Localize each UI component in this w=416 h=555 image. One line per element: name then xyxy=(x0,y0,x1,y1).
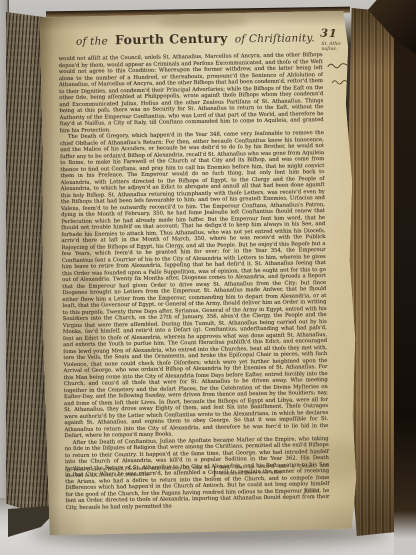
page-content: of the Fourth Century of Chriſtianity. 3… xyxy=(38,11,360,536)
book-cover-edge xyxy=(394,0,416,555)
catchword: Exil'd xyxy=(305,488,320,494)
body-paragraph: would not aſſiſt at the Council, unleſs … xyxy=(59,52,324,134)
margin-note: St. Atha- naſius. xyxy=(321,42,351,53)
ink-flourish-icon xyxy=(331,71,349,90)
margin-note-line: naſius. xyxy=(321,47,351,53)
book-photograph: { "page": { "header": { "lead": "of the"… xyxy=(0,0,416,555)
header-title: Fourth Century xyxy=(113,30,230,47)
book-page: of the Fourth Century of Chriſtianity. 3… xyxy=(38,11,360,536)
running-header: of the Fourth Century of Chriſtianity. xyxy=(38,26,352,50)
page-body-text: would not aſſiſt at the Council, unleſs … xyxy=(59,52,330,511)
handwritten-page-number: 31 xyxy=(320,26,338,40)
footnote-left-column: (g) Retir'd into a Deſart.] Socrates and… xyxy=(65,466,215,480)
header-tail: of Chriſtianity. xyxy=(235,32,315,45)
body-paragraph: The Death of Gregory, which happen'd in … xyxy=(60,130,329,440)
header-lead: of the xyxy=(76,35,108,48)
footnote-right-column: ſays, that he retir'd into a Deſart, and… xyxy=(214,464,329,477)
